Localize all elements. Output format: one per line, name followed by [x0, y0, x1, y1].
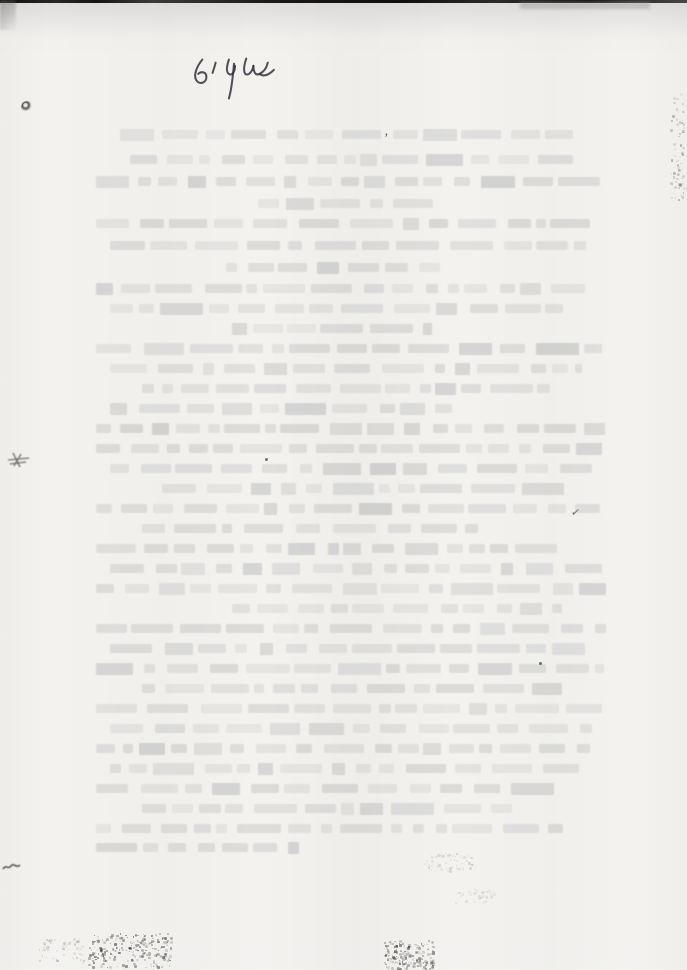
speck	[66, 944, 68, 946]
speck	[103, 959, 106, 962]
speck	[134, 955, 136, 957]
speck	[114, 943, 117, 946]
speck	[678, 136, 679, 137]
speck	[673, 193, 674, 194]
speck	[161, 966, 163, 968]
speck	[144, 935, 146, 937]
speck	[92, 943, 94, 945]
speck	[42, 955, 43, 956]
speck	[449, 870, 452, 873]
speck	[438, 864, 441, 867]
speck	[675, 149, 676, 150]
speck	[169, 965, 171, 967]
speck	[397, 967, 400, 970]
speck	[412, 955, 414, 957]
speck	[151, 935, 153, 937]
speck	[94, 941, 95, 942]
speck	[100, 965, 103, 968]
speck	[397, 957, 399, 959]
speck	[114, 956, 116, 958]
speck	[122, 939, 125, 942]
speck	[461, 863, 462, 864]
speck	[170, 937, 173, 940]
speck	[673, 176, 676, 179]
speck	[394, 950, 396, 952]
speck	[481, 892, 483, 894]
speck	[682, 183, 684, 185]
speck	[402, 943, 404, 945]
speck	[677, 123, 679, 125]
speck	[129, 951, 130, 952]
speck	[396, 945, 398, 947]
speck	[482, 895, 484, 897]
speck	[394, 962, 396, 964]
speck	[129, 947, 132, 950]
speck	[97, 949, 98, 950]
speck	[673, 172, 676, 175]
speck	[62, 951, 63, 952]
speck	[430, 953, 432, 955]
speck	[141, 955, 143, 957]
speck	[127, 937, 129, 939]
speck	[133, 963, 135, 965]
speck	[426, 944, 427, 945]
speck	[462, 893, 465, 896]
speck	[80, 959, 82, 961]
speck	[671, 197, 673, 199]
speck	[465, 900, 467, 902]
speck	[671, 173, 673, 175]
stray-ink-dot	[539, 662, 542, 665]
speck	[430, 853, 432, 855]
speck	[170, 941, 173, 944]
speck	[91, 949, 93, 951]
speck	[422, 945, 424, 947]
speck	[66, 953, 67, 954]
speck	[113, 958, 116, 961]
speck	[109, 966, 112, 969]
speck	[455, 856, 456, 857]
speck	[104, 942, 106, 944]
speck	[402, 961, 404, 963]
speck	[455, 860, 457, 862]
speck	[394, 946, 395, 947]
speck	[412, 958, 415, 961]
speck	[392, 943, 394, 945]
speck	[142, 938, 144, 940]
speck	[92, 966, 95, 969]
speck	[422, 955, 424, 957]
right-edge-noise	[670, 92, 686, 202]
speck	[74, 943, 77, 946]
speck	[94, 947, 95, 948]
speck	[117, 966, 118, 967]
speck	[387, 951, 389, 953]
speck	[402, 964, 405, 967]
speck	[447, 869, 449, 871]
speck	[466, 854, 469, 857]
speck	[158, 950, 159, 951]
speck	[145, 943, 147, 945]
speck	[88, 957, 90, 959]
speck	[76, 957, 78, 959]
speck	[135, 935, 138, 938]
speck	[682, 120, 683, 121]
scanned-page: ✓ ’	[0, 0, 687, 970]
speck	[144, 959, 146, 961]
speck	[674, 186, 676, 188]
speck	[139, 946, 141, 948]
speck	[452, 866, 453, 867]
speck	[159, 933, 161, 935]
speck	[410, 946, 412, 948]
speck	[54, 939, 56, 941]
speck	[469, 867, 472, 870]
speck	[679, 156, 681, 158]
speck	[107, 960, 108, 961]
speck	[116, 947, 118, 949]
speck	[459, 869, 461, 871]
speck	[56, 950, 58, 952]
speck	[152, 938, 154, 940]
speck	[681, 195, 684, 198]
speck	[148, 952, 151, 955]
speck	[39, 960, 41, 962]
speck	[431, 860, 434, 863]
speck	[683, 123, 686, 126]
stray-ink-dot	[265, 458, 268, 461]
speck	[386, 966, 387, 967]
speck	[110, 943, 111, 944]
speck	[490, 895, 493, 898]
speck	[461, 867, 463, 869]
lower-smudge	[452, 889, 496, 905]
speck	[463, 856, 465, 858]
bottom-left-speckle	[88, 933, 173, 969]
speck	[450, 860, 451, 861]
speck	[161, 946, 163, 948]
speck	[486, 897, 488, 899]
speck	[672, 115, 675, 118]
speck	[683, 192, 684, 193]
speck	[149, 942, 152, 945]
speck	[681, 178, 682, 179]
speck	[427, 949, 428, 950]
speck	[94, 935, 95, 936]
speck	[674, 155, 677, 158]
speck	[676, 98, 678, 100]
speck	[430, 960, 432, 962]
speck	[460, 855, 463, 858]
speck	[116, 935, 119, 938]
speck	[132, 951, 134, 953]
speck	[463, 869, 465, 871]
speck	[125, 965, 128, 968]
speck	[673, 143, 676, 146]
speck	[79, 947, 81, 949]
speck	[155, 934, 157, 936]
speck	[73, 958, 75, 960]
speck	[97, 940, 100, 943]
speck	[56, 960, 59, 963]
speck	[418, 947, 421, 950]
speck	[145, 950, 147, 952]
speck	[121, 943, 123, 945]
speck	[114, 950, 116, 952]
speck	[97, 936, 99, 938]
speck	[49, 952, 50, 953]
speck	[678, 160, 679, 161]
speck	[676, 178, 679, 181]
speck	[493, 893, 496, 896]
speck	[92, 954, 94, 956]
speck	[455, 902, 457, 904]
speck	[110, 953, 112, 955]
speck	[671, 120, 673, 122]
speck	[125, 935, 127, 937]
speck	[153, 960, 155, 962]
speck	[129, 967, 131, 969]
speck	[167, 933, 169, 935]
speck	[95, 959, 96, 960]
speck	[677, 111, 679, 113]
speck	[43, 949, 46, 952]
speck	[165, 949, 168, 952]
speck	[422, 951, 425, 954]
speck	[675, 124, 677, 126]
speck	[111, 934, 114, 937]
speck	[122, 949, 124, 951]
speck	[120, 940, 122, 942]
speck	[678, 187, 680, 189]
speck	[678, 169, 681, 172]
speck	[413, 966, 414, 967]
speck	[423, 966, 426, 969]
speck	[166, 943, 168, 945]
speck	[675, 181, 677, 183]
speck	[393, 957, 396, 960]
speck	[120, 933, 121, 934]
speck	[473, 901, 476, 904]
speck	[118, 952, 120, 954]
speck	[675, 197, 676, 198]
speck	[471, 864, 474, 867]
speck	[390, 942, 393, 945]
speck	[673, 102, 676, 105]
speck	[137, 935, 138, 936]
speck	[132, 954, 133, 955]
speck	[115, 939, 118, 942]
speck	[80, 954, 82, 956]
speck	[683, 147, 686, 150]
speck	[48, 946, 50, 948]
speck	[138, 951, 139, 952]
speck	[394, 941, 395, 942]
speck	[477, 898, 479, 900]
speck	[431, 865, 433, 867]
speck	[145, 945, 148, 948]
speck	[452, 855, 454, 857]
speck	[432, 946, 435, 949]
speck	[425, 962, 428, 965]
speck	[163, 946, 164, 947]
speck	[384, 942, 386, 944]
speck	[671, 159, 673, 161]
speck	[73, 952, 76, 955]
bottom-center-speckle	[383, 940, 435, 970]
speck	[39, 949, 40, 950]
speck	[94, 952, 97, 955]
speck	[418, 961, 421, 964]
speck	[148, 957, 151, 960]
speck	[427, 953, 429, 955]
speck	[680, 93, 683, 96]
speck	[151, 944, 153, 946]
speck	[431, 857, 433, 859]
speck	[77, 940, 80, 943]
speck	[456, 865, 457, 866]
speck	[683, 127, 685, 129]
speck	[140, 963, 141, 964]
speck	[46, 957, 47, 958]
speck	[105, 940, 107, 942]
speck	[109, 957, 111, 959]
speck	[47, 949, 50, 952]
speck	[673, 97, 676, 100]
speck	[82, 955, 83, 956]
speck	[680, 163, 681, 164]
speck	[416, 965, 417, 966]
speck	[430, 869, 432, 871]
speck	[68, 942, 71, 945]
speck	[676, 135, 677, 136]
speck	[468, 862, 471, 865]
speck	[432, 965, 434, 967]
speck	[82, 946, 84, 948]
speck	[400, 950, 402, 952]
speck	[97, 957, 99, 959]
speck	[116, 937, 118, 939]
speck	[102, 939, 104, 941]
speck	[387, 966, 390, 969]
mid-bottom-smudge	[424, 852, 474, 872]
speck	[170, 947, 172, 949]
speckle-layer	[0, 0, 687, 970]
speck	[63, 954, 65, 956]
speck	[98, 953, 100, 955]
speck	[67, 949, 69, 951]
speck	[386, 949, 387, 950]
speck	[131, 945, 132, 946]
speck	[126, 950, 127, 951]
speck	[167, 940, 169, 942]
speck	[93, 960, 95, 962]
speck	[73, 938, 75, 940]
speck	[682, 130, 685, 133]
speck	[424, 944, 425, 945]
speck	[407, 964, 410, 967]
speck	[440, 868, 443, 871]
speck	[456, 853, 458, 855]
speck	[445, 853, 446, 854]
speck	[400, 957, 402, 959]
speck	[672, 184, 674, 186]
speck	[677, 164, 679, 166]
speck	[403, 945, 405, 947]
speck	[676, 118, 679, 121]
speck	[88, 964, 90, 966]
speck	[682, 103, 684, 105]
speck	[92, 958, 94, 960]
speck	[676, 108, 679, 111]
speck	[680, 144, 682, 146]
speck	[92, 940, 93, 941]
speck	[670, 129, 673, 132]
speck	[62, 948, 65, 951]
speck	[134, 965, 137, 968]
speck	[431, 941, 434, 944]
speck	[470, 857, 472, 859]
speck	[469, 893, 472, 896]
speck	[127, 960, 129, 962]
speck	[80, 949, 82, 951]
speck	[136, 959, 139, 962]
speck	[475, 891, 477, 893]
speck	[426, 860, 428, 862]
speck	[106, 950, 107, 951]
speck	[82, 962, 84, 964]
bottom-left-speckle-faint	[38, 938, 86, 964]
speck	[428, 940, 430, 942]
speck	[93, 962, 95, 964]
speck	[678, 199, 680, 201]
speck	[485, 900, 487, 902]
speck	[445, 862, 447, 864]
speck	[481, 897, 482, 898]
speck	[138, 941, 140, 943]
speck	[440, 854, 442, 856]
speck	[419, 964, 422, 967]
speck	[145, 967, 146, 968]
speck	[683, 187, 686, 190]
speck	[389, 960, 392, 963]
speck	[65, 946, 67, 948]
speck	[677, 174, 678, 175]
speck	[421, 958, 423, 960]
speck	[407, 960, 409, 962]
speck	[387, 945, 389, 947]
speck	[154, 948, 156, 950]
